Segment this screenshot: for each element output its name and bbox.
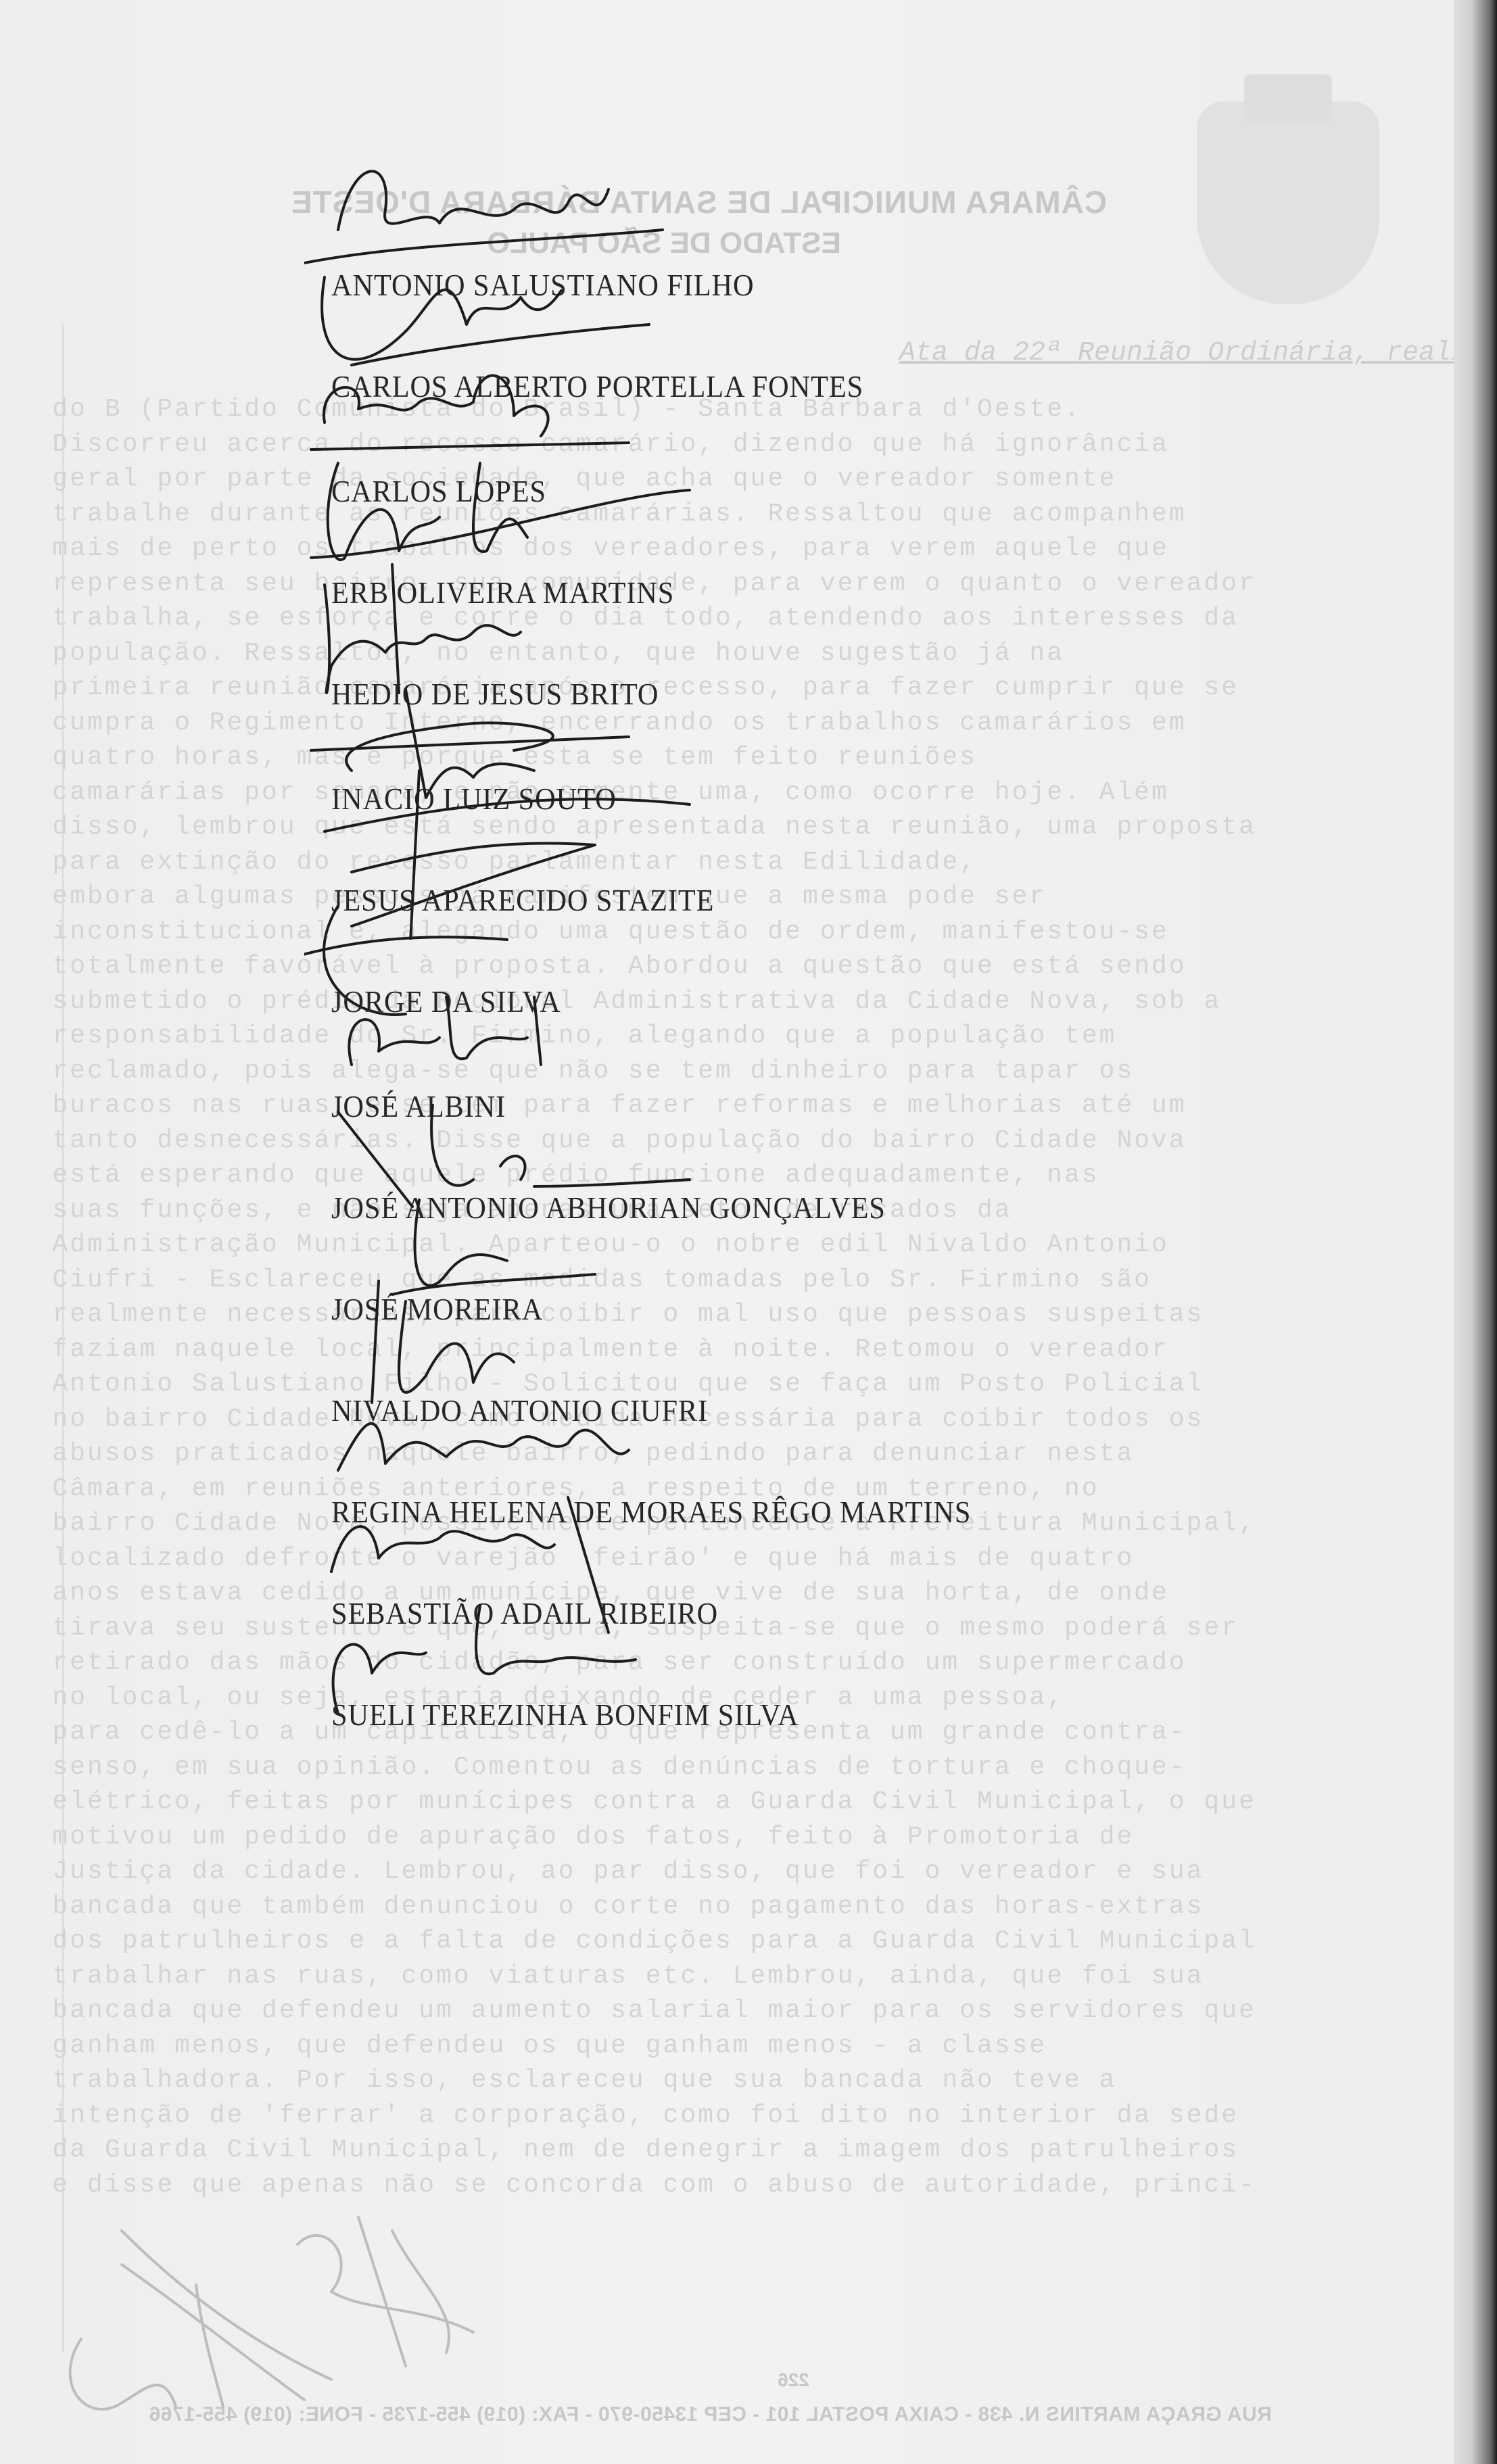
faint-signature-bottom xyxy=(41,2204,514,2427)
signatory-name: INACIO LUIZ SOUTO xyxy=(331,781,617,817)
signatory-name: JORGE DA SILVA xyxy=(331,984,561,1019)
signatory-name: JESUS APARECIDO STAZITE xyxy=(331,882,714,918)
bleed-header-line2: ESTADO DE SÃO PAULO xyxy=(487,226,841,260)
signatory-name: JOSÉ ANTONIO ABHORIAN GONÇALVES xyxy=(331,1190,886,1226)
coat-of-arms-emblem xyxy=(1197,101,1379,304)
signatory-name: NIVALDO ANTONIO CIUFRI xyxy=(331,1393,708,1428)
signatory-name: SUELI TEREZINHA BONFIM SILVA xyxy=(331,1697,799,1733)
signatory-name: HEDIO DE JESUS BRITO xyxy=(331,676,659,712)
signatory-name: SEBASTIÃO ADAIL RIBEIRO xyxy=(331,1595,718,1631)
bleed-page-number: 226 xyxy=(778,2369,809,2391)
signatory-name: JOSÉ ALBINI xyxy=(331,1088,506,1124)
signatory-name: ERB OLIVEIRA MARTINS xyxy=(331,575,674,610)
signatory-name: CARLOS LOPES xyxy=(331,473,546,509)
bleed-header-line1: CÂMARA MUNICIPAL DE SANTA BÁRBARA D'OEST… xyxy=(291,184,1107,220)
signatory-name: JOSÉ MOREIRA xyxy=(331,1291,543,1327)
bleed-minutes-title: Ata da 22ª Reunião Ordinária, realizada … xyxy=(899,338,1497,368)
signatory-name: REGINA HELENA DE MORAES RÊGO MARTINS xyxy=(331,1494,971,1530)
scan-edge-shadow xyxy=(1454,0,1497,2464)
bleed-footer-address: RUA GRAÇA MARTINS N. 438 - CAIXA POSTAL … xyxy=(149,2403,1272,2426)
signatory-name: ANTONIO SALUSTIANO FILHO xyxy=(331,267,755,303)
bleed-body-text: do B (Partido Comunista do Brasil) - San… xyxy=(0,392,1454,2202)
signatory-name: CARLOS ALBERTO PORTELLA FONTES xyxy=(331,368,863,404)
